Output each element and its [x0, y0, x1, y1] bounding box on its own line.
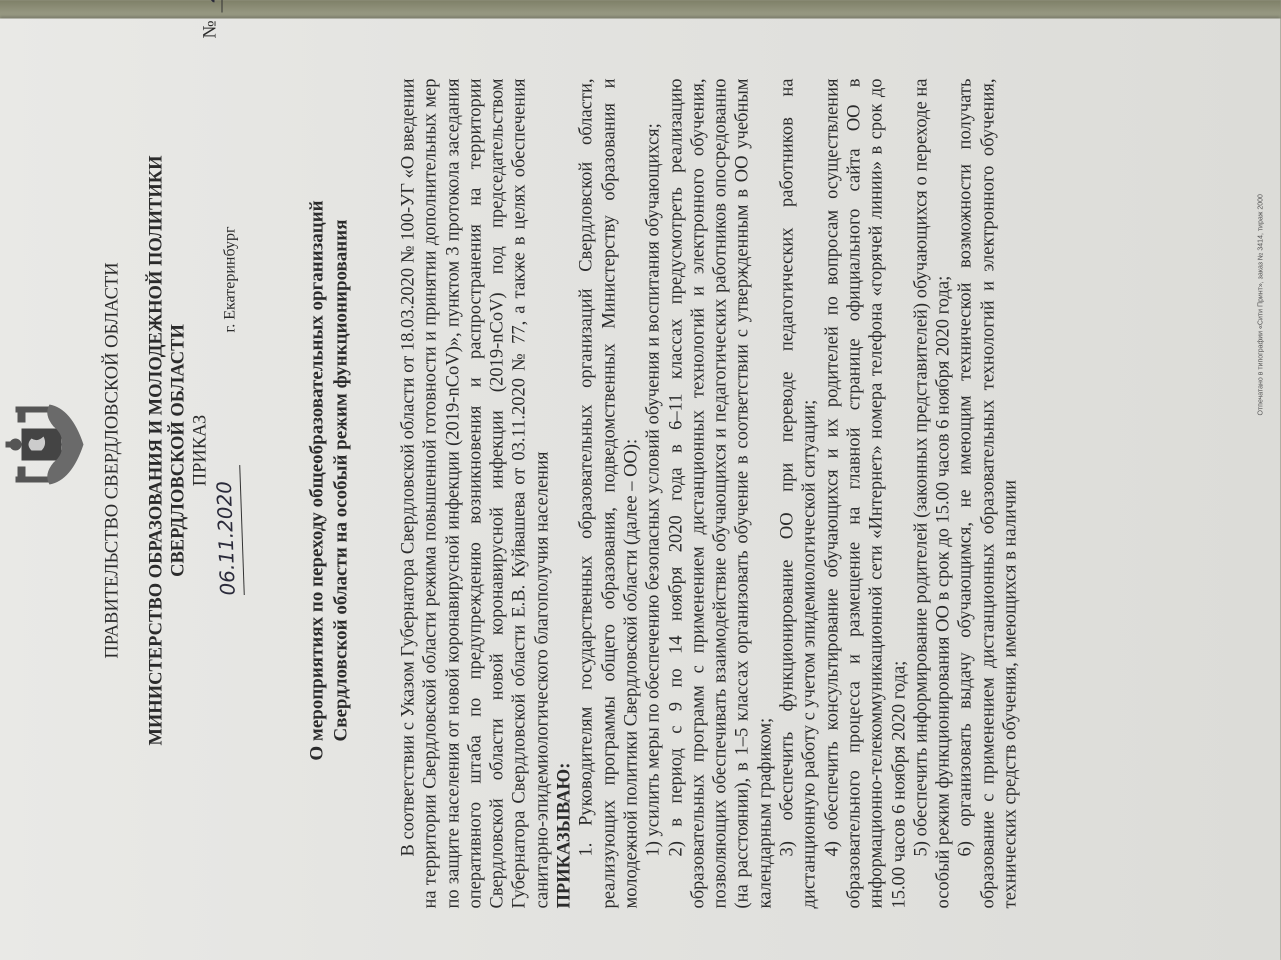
title-line-1: О мероприятиях по переходу общеобразоват…	[306, 1, 330, 960]
order-word: ПРИКАЗЫВАЮ:	[554, 79, 576, 909]
preamble: В соответствии с Указом Губернатора Свер…	[398, 79, 554, 909]
title-line-2: Свердловской области на особый режим фун…	[330, 1, 354, 960]
ministry-header-line2: СВЕРДЛОВСКОЙ ОБЛАСТИ	[168, 91, 190, 811]
handwritten-number: 272-И	[196, 0, 223, 13]
printer-imprint: Отпечатано в типографии «Сити Принт», за…	[1258, 194, 1265, 415]
document-type: ПРИКАЗ	[190, 91, 212, 811]
order-item: 2) в период с 9 по 14 ноября 2020 года в…	[665, 79, 776, 909]
document-title: О мероприятиях по переходу общеобразоват…	[306, 1, 354, 960]
order-item: 1) усилить меры по обеспечению безопасны…	[643, 79, 665, 909]
order-item: 6) организовать выдачу обучающимся, не и…	[955, 79, 1022, 909]
document-sheet: ПРАВИТЕЛЬСТВО СВЕРДЛОВСКОЙ ОБЛАСТИ МИНИС…	[0, 19, 1281, 960]
government-header: ПРАВИТЕЛЬСТВО СВЕРДЛОВСКОЙ ОБЛАСТИ	[102, 81, 124, 841]
order-item: 1. Руководителям государственных образов…	[576, 79, 643, 909]
order-item: 4) обеспечить консультирование обучающих…	[821, 79, 910, 909]
document-body: В соответствии с Указом Губернатора Свер…	[398, 1, 1022, 960]
number-label: №	[200, 20, 222, 38]
rotated-photo: ПРАВИТЕЛЬСТВО СВЕРДЛОВСКОЙ ОБЛАСТИ МИНИС…	[0, 1, 1281, 960]
coat-of-arms-icon	[6, 399, 88, 491]
order-item: 5) обеспечить информирование родителей (…	[910, 79, 955, 909]
handwritten-date: 06.11.2020	[211, 465, 245, 596]
city: г. Екатеринбург	[222, 226, 240, 332]
order-item: 3) обеспечить функционирование ОО при пе…	[777, 79, 822, 909]
ministry-header-line1: МИНИСТЕРСТВО ОБРАЗОВАНИЯ И МОЛОДЕЖНОЙ ПО…	[146, 91, 168, 811]
